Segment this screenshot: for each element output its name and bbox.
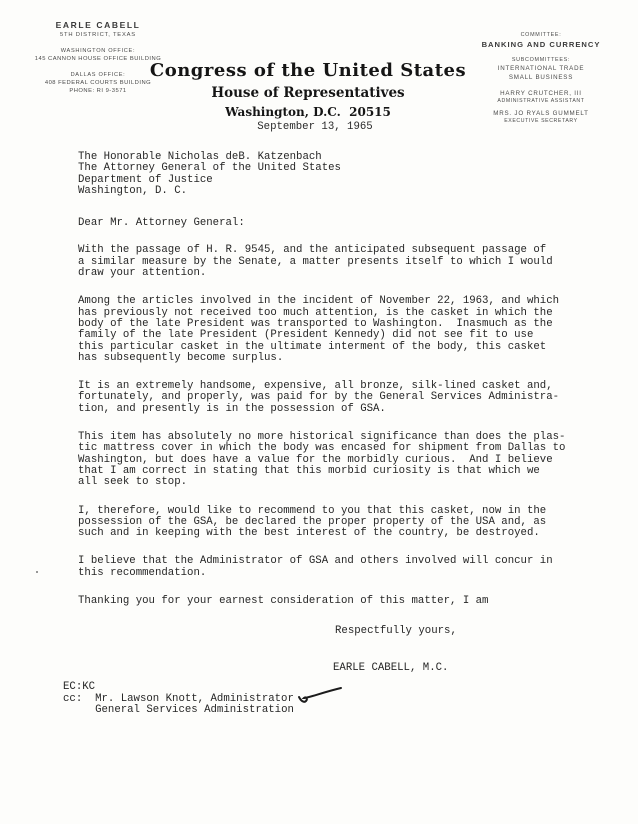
closing: Respectfully yours, — [335, 626, 457, 637]
washington-office-label: WASHINGTON OFFICE: — [10, 48, 186, 54]
staff-crutcher-name: HARRY CRUTCHER, III — [450, 90, 632, 97]
letter-body: The Honorable Nicholas deB. Katzenbach T… — [78, 152, 586, 624]
letterhead-committee-info: COMMITTEE: BANKING AND CURRENCY SUBCOMMI… — [450, 32, 632, 124]
checkmark-icon — [296, 686, 344, 708]
salutation: Dear Mr. Attorney General: — [78, 218, 586, 229]
staff-gummelt-title: EXECUTIVE SECRETARY — [450, 118, 632, 124]
recipient-address: The Honorable Nicholas deB. Katzenbach T… — [78, 152, 586, 197]
committee-name: BANKING AND CURRENCY — [450, 40, 632, 49]
letter-page: EARLE CABELL 5TH DISTRICT, TEXAS WASHING… — [0, 0, 638, 824]
subcommittee-small-business: SMALL BUSINESS — [450, 74, 632, 81]
paragraph-7: Thanking you for your earnest considerat… — [78, 596, 586, 607]
staff-gummelt-name: MRS. JO RYALS GUMMELT — [450, 110, 632, 117]
reference-initials: EC:KC — [63, 682, 95, 693]
paragraph-1: With the passage of H. R. 9545, and the … — [78, 245, 586, 279]
scan-speck — [36, 571, 38, 573]
member-name: EARLE CABELL — [10, 20, 186, 30]
signature-name: EARLE CABELL, M.C. — [333, 663, 448, 674]
cc-block: cc: Mr. Lawson Knott, Administrator Gene… — [63, 694, 294, 717]
paragraph-5: I, therefore, would like to recommend to… — [78, 506, 586, 540]
staff-crutcher-title: ADMINISTRATIVE ASSISTANT — [450, 98, 632, 104]
paragraph-2: Among the articles involved in the incid… — [78, 296, 586, 364]
committee-label: COMMITTEE: — [450, 32, 632, 38]
subcommittees-label: SUBCOMMITTEES: — [450, 57, 632, 63]
paragraph-6: I believe that the Administrator of GSA … — [78, 556, 586, 579]
subcommittee-international-trade: INTERNATIONAL TRADE — [450, 65, 632, 72]
paragraph-3: It is an extremely handsome, expensive, … — [78, 381, 586, 415]
member-district: 5TH DISTRICT, TEXAS — [10, 32, 186, 38]
paragraph-4: This item has absolutely no more histori… — [78, 432, 586, 488]
